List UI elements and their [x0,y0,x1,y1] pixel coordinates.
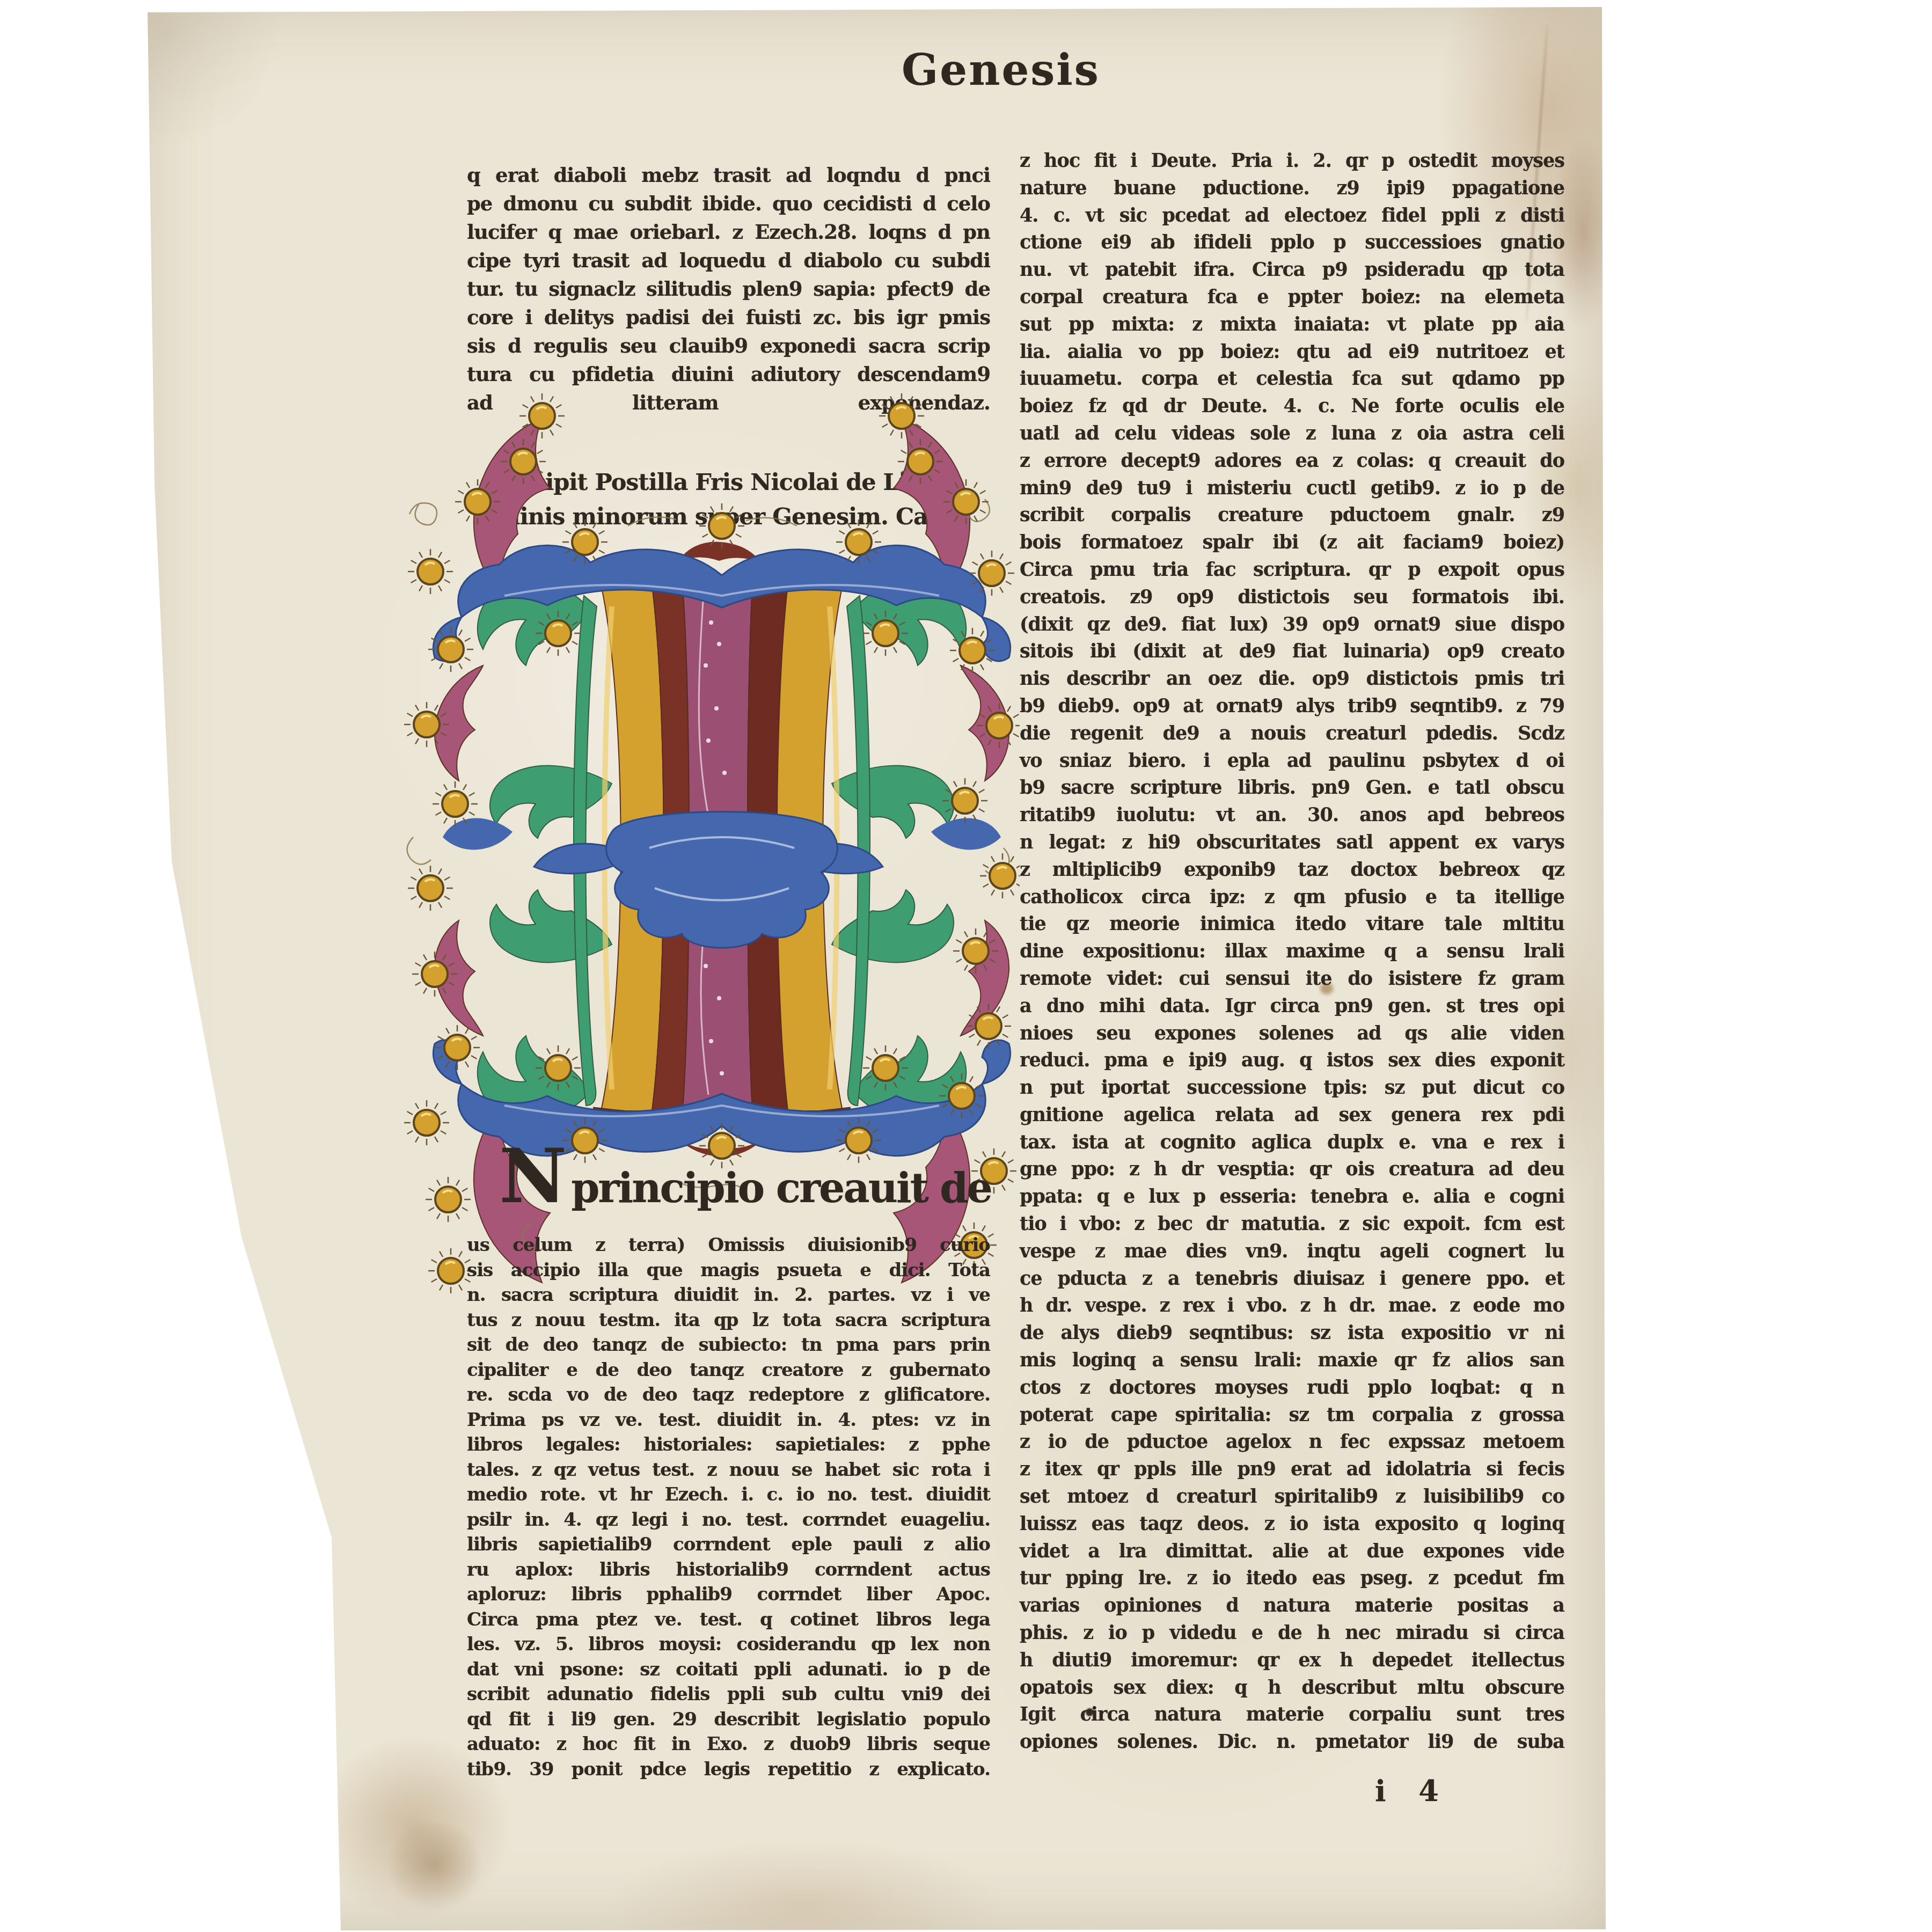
text-line: Prima ps vz ve. test. diuidit in. 4. pte… [467,1408,990,1433]
text-line: scribit adunatio fidelis ppli sub cultu … [467,1682,990,1707]
text-line: 4. c. vt sic pcedat ad electoez fidel pp… [1020,202,1564,230]
text-line: ritatib9 iuolutu: vt an. 30. anos apd be… [1020,802,1564,829]
text-line: nu. vt patebit ifra. Circa p9 psideradu … [1020,257,1564,284]
text-line: gnitione agelica relata ad sex genera re… [1020,1102,1564,1129]
text-line: phis. z io p videdu e de h nec miradu si… [1020,1620,1564,1647]
text-line: z mltiplicib9 exponib9 taz doctox bebreo… [1020,857,1564,884]
text-line: gne ppo: z h dr vesptia: qr ois creatura… [1020,1156,1564,1183]
text-line: Circa pma ptez ve. test. q cotinet libro… [467,1607,990,1633]
text-line: z io de pductoe agelox n fec expssaz met… [1020,1429,1564,1456]
text-line: vo sniaz biero. i epla ad paulinu psbyte… [1020,748,1564,775]
text-line: aploruz: libris pphalib9 corrndet liber … [467,1582,990,1607]
text-line: tur. tu signaclz silitudis plen9 sapia: … [467,275,990,303]
text-line: lia. aialia vo pp boiez: qtu ad ei9 nutr… [1020,339,1564,366]
text-line: de alys dieb9 seqntibus: sz ista exposit… [1020,1320,1564,1347]
text-line: opatois sex diex: q h describut mltu obs… [1020,1674,1564,1702]
running-title: Genesis [902,45,1100,95]
text-line: Circa pmu tria fac scriptura. qr p expoi… [1020,557,1564,584]
text-line: pe dmonu cu subdit ibide. quo cecidisti … [467,189,990,218]
manuscript-page: Genesis q erat diaboli mebz trasit ad lo… [134,3,1607,1932]
text-line: h diuti9 imoremur: qr ex h depedet itell… [1020,1647,1564,1674]
text-line: sut pp mixta: z mixta inaiata: vt plate … [1020,311,1564,339]
text-line: nis describr an oez die. op9 distictois … [1020,665,1564,693]
text-line: n. sacra scriptura diuidit in. 2. partes… [467,1283,990,1308]
text-line: cipaliter e de deo tanqz creatore z gube… [467,1358,990,1383]
text-line: ce pducta z a tenebris diuisaz i genere … [1020,1265,1564,1293]
text-line: tur pping lre. z io itedo eas pseg. z pc… [1020,1565,1564,1592]
text-line: sis accipio illa que magis psueta e dici… [467,1258,990,1283]
text-line: tie qz meorie inimica itedo vitare tale … [1020,911,1564,938]
text-line: tio i vbo: z bec dr matutia. z sic expoi… [1020,1211,1564,1238]
text-line: min9 de9 tu9 i misteriu cuctl getib9. z … [1020,475,1564,502]
text-line: sit de deo tanqz de subiecto: tn pma par… [467,1333,990,1358]
text-line: libros legales: historiales: sapietiales… [467,1432,990,1458]
text-line: psilr in. 4. qz legi i no. test. corrnde… [467,1507,990,1533]
text-line: mis loginq a sensu lrali: maxie qr fz al… [1020,1347,1564,1374]
text-line: z itex qr ppls ille pn9 erat ad idolatri… [1020,1456,1564,1483]
text-line: creatois. z9 op9 distictois seu formatoi… [1020,584,1564,611]
text-line: uatl ad celu videas sole z luna z oia as… [1020,420,1564,448]
scan-backdrop: Genesis q erat diaboli mebz trasit ad lo… [0,0,1932,1932]
text-line: ru aplox: libris historialib9 corrndent … [467,1557,990,1583]
text-line: nature buane pductione. z9 ipi9 ppagatio… [1020,175,1564,202]
text-line: set mtoez d creaturl spiritalib9 z luisi… [1020,1483,1564,1511]
text-line: us celum z terra) Omissis diuisionib9 cu… [467,1233,990,1258]
text-line: h dr. vespe. z rex i vbo. z h dr. mae. z… [1020,1292,1564,1320]
text-line: a dno mihi data. Igr circa pn9 gen. st t… [1020,993,1564,1020]
text-line: corpal creatura fca e ppter boiez: na el… [1020,284,1564,311]
text-line: dine expositionu: illax maxime q a sensu… [1020,938,1564,965]
text-line: videt a lra dimittat. alie at due expone… [1020,1538,1564,1565]
text-line: q erat diaboli mebz trasit ad loqndu d p… [467,161,990,189]
text-line: sis d regulis seu clauib9 exponedi sacra… [467,332,990,360]
text-line: remote videt: cui sensui ite do isistere… [1020,965,1564,993]
opening-verse: Nprincipio creauit de [499,1139,1014,1213]
quire-signature: i 4 [1375,1774,1443,1808]
text-line: ppata: q e lux p esseria: tenebra e. ali… [1020,1183,1564,1211]
text-line: luissz eas taqz deos. z io ista exposito… [1020,1511,1564,1538]
text-line: tales. z qz vetus test. z nouu se habet … [467,1458,990,1483]
verse-initial: N [499,1132,565,1220]
text-line: libris sapietialib9 corrndent eple pauli… [467,1532,990,1557]
text-line: boiez fz qd dr Deute. 4. c. Ne forte ocu… [1020,393,1564,420]
text-line: lucifer q mae oriebarl. z Ezech.28. loqn… [467,218,990,246]
text-line: tib9. 39 ponit pdce legis repetitio z ex… [467,1757,990,1782]
text-line: z hoc fit i Deute. Pria i. 2. qr p osted… [1020,148,1564,175]
text-line: z errore decept9 adores ea z colas: q cr… [1020,448,1564,475]
text-line: n legat: z hi9 obscuritates satl appent … [1020,829,1564,857]
text-line: tax. ista at cognito aglica duplx e. vna… [1020,1129,1564,1157]
text-line: n put iportat successione tpis: sz put d… [1020,1074,1564,1102]
text-line: (dixit qz de9. fiat lux) 39 op9 ornat9 s… [1020,611,1564,639]
text-line: b9 dieb9. op9 at ornat9 alys trib9 seqnt… [1020,693,1564,720]
text-line: nioes seu expones solenes ad qs alie vid… [1020,1020,1564,1048]
text-line: ctos z doctores moyses rudi pplo loqbat:… [1020,1374,1564,1402]
text-line: opiones solenes. Dic. n. pmetator li9 de… [1020,1729,1564,1756]
text-line: b9 sacre scripture libris. pn9 Gen. e ta… [1020,774,1564,802]
text-line: tus z nouu testm. ita qp lz tota sacra s… [467,1308,990,1333]
text-line: reduci. pma e ipi9 aug. q istos sex dies… [1020,1047,1564,1074]
text-line: die regenit de9 a nouis creaturl pdedis.… [1020,720,1564,748]
text-line: aduato: z hoc fit in Exo. z duob9 libris… [467,1732,990,1757]
text-line: iuuametu. corpa et celestia fca sut qdam… [1020,365,1564,393]
text-line: qd fit i li9 gen. 29 describit legislati… [467,1707,990,1732]
text-line: bois formatoez spalr ibi (z ait faciam9 … [1020,529,1564,557]
text-line: dat vni psone: sz coitati ppli adunati. … [467,1657,990,1682]
left-column-body: us celum z terra) Omissis diuisionib9 cu… [467,1233,990,1782]
text-line: re. scda vo de deo taqz redeptore z glif… [467,1382,990,1408]
text-line: cipe tyri trasit ad loquedu d diabolo cu… [467,246,990,275]
text-line: medio rote. vt hr Ezech. i. c. io no. te… [467,1482,990,1507]
text-line: les. vz. 5. libros moysi: cosiderandu qp… [467,1632,990,1657]
right-column: z hoc fit i Deute. Pria i. 2. qr p osted… [1020,148,1564,1756]
text-line: varias opiniones d natura materie posita… [1020,1592,1564,1620]
text-line: Igit circa natura materie corpaliu sunt … [1020,1701,1564,1729]
text-line: catholicox circa ipz: z qm pfusio e ta i… [1020,884,1564,911]
text-line: sitois ibi (dixit at de9 fiat luinaria) … [1020,638,1564,665]
text-line: core i delitys padisi dei fuisti zc. bis… [467,303,990,332]
text-line: ctione ei9 ab ifideli pplo p successioes… [1020,229,1564,257]
text-line: poterat cape spiritalia: sz tm corpalia … [1020,1402,1564,1429]
text-line: vespe z mae dies vn9. inqtu ageli cogner… [1020,1238,1564,1265]
text-line: scribit corpalis creature pductoem gnalr… [1020,502,1564,529]
verse-large-text: principio creauit de [571,1164,991,1212]
